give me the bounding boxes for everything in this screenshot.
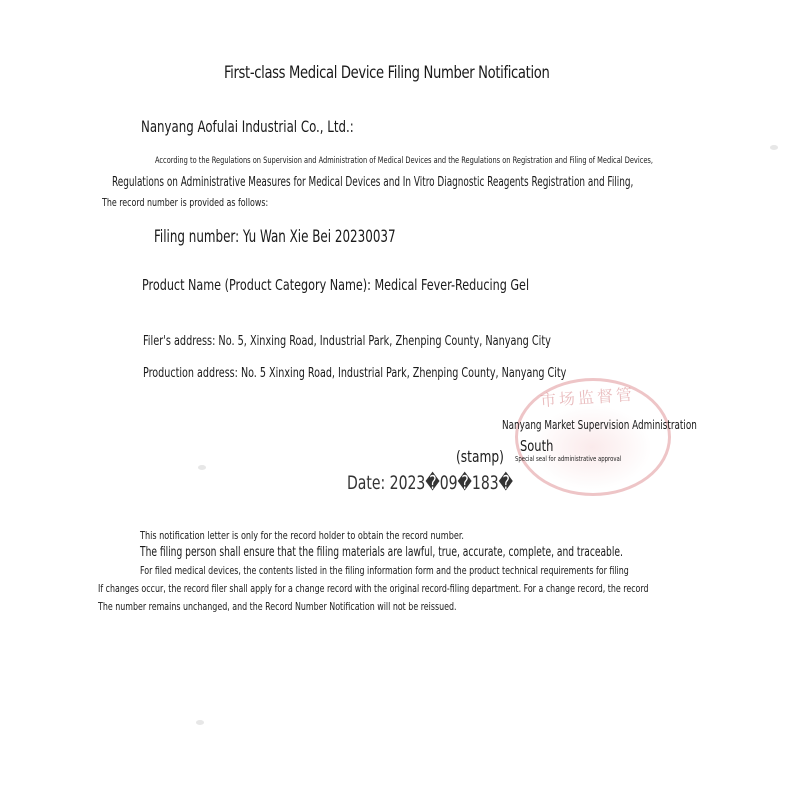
filing-number: Filing number: Yu Wan Xie Bei 20230037 — [154, 229, 396, 246]
product-name: Product Name (Product Category Name): Me… — [142, 278, 529, 293]
document-title: First-class Medical Device Filing Number… — [224, 65, 549, 82]
note-line: This notification letter is only for the… — [140, 530, 464, 541]
issuing-authority: Nanyang Market Supervision Administratio… — [502, 419, 697, 431]
note-line: The filing person shall ensure that the … — [140, 546, 623, 559]
intro-line-1: According to the Regulations on Supervis… — [155, 157, 653, 166]
filer-address: Filer's address: No. 5, Xinxing Road, In… — [143, 335, 551, 348]
recipient-name: Nanyang Aofulai Industrial Co., Ltd.: — [141, 119, 354, 135]
scan-speck — [196, 720, 204, 725]
authority-suffix: South — [520, 439, 553, 454]
intro-line-2: Regulations on Administrative Measures f… — [112, 176, 633, 189]
seal-note: Special seal for administrative approval — [515, 456, 621, 463]
note-line: If changes occur, the record filer shall… — [98, 583, 649, 594]
note-line: The number remains unchanged, and the Re… — [98, 601, 457, 612]
scan-speck — [198, 465, 206, 470]
production-address: Production address: No. 5 Xinxing Road, … — [143, 367, 566, 380]
intro-line-3: The record number is provided as follows… — [102, 197, 268, 208]
issue-date: Date: 2023�09�183� — [347, 474, 513, 493]
stamp-label: (stamp) — [456, 449, 504, 465]
note-line: For filed medical devices, the contents … — [140, 565, 629, 576]
scan-speck — [770, 145, 778, 150]
